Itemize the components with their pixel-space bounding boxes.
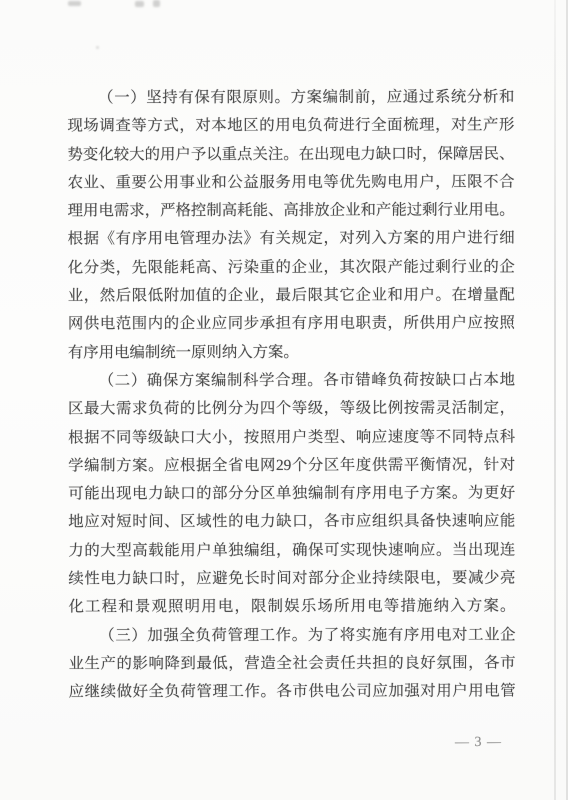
text-line: 业生产的影响降到最低，营造全社会责任共担的良好氛围，各市	[69, 649, 516, 678]
text-line: 现场调查等方式，对本地区的用电负荷进行全面梳理，对生产形	[67, 112, 514, 141]
scan-artifact	[68, 1, 81, 6]
text-line: 区最大需求负荷的比例分为四个等级，等级比例按需灵活制定，	[68, 395, 515, 424]
text-line: 可能出现电力缺口的部分分区单独编制有序用电子方案。为更好	[68, 480, 515, 509]
text-line: 根据《有序用电管理办法》有关规定，对列入方案的用户进行细	[68, 225, 515, 254]
scan-artifact	[135, 1, 144, 7]
text-line: 农业、重要公用事业和公益服务用电等优先购电用户，压限不合	[68, 168, 515, 197]
scan-edge-line	[554, 0, 556, 800]
text-line: （二）确保方案编制科学合理。各市错峰负荷按缺口占本地	[68, 367, 515, 396]
text-line: 网供电范围内的企业应同步承担有序用电职责，所供用户应按照	[68, 310, 515, 339]
text-line: 化分类，先限能耗高、污染重的企业，其次限产能过剩行业的企	[68, 253, 515, 282]
scanned-document-page: （一）坚持有保有限原则。方案编制前，应通过系统分析和现场调查等方式，对本地区的用…	[0, 0, 568, 800]
page-number: — 3 —	[455, 735, 502, 751]
text-line: 地应对短时间、区域性的电力缺口，各市应组织具备快速响应能	[68, 508, 515, 537]
text-line: （三）加强全负荷管理工作。为了将实施有序用电对工业企	[68, 621, 515, 650]
document-body: （一）坚持有保有限原则。方案编制前，应通过系统分析和现场调查等方式，对本地区的用…	[67, 84, 515, 707]
paragraph-2: （二）确保方案编制科学合理。各市错峰负荷按缺口占本地区最大需求负荷的比例分为四个…	[68, 367, 516, 623]
text-line: 应继续做好全负荷管理工作。各市供电公司应加强对用户用电管	[69, 678, 516, 707]
text-line: 根据不同等级缺口大小，按照用户类型、响应速度等不同特点科	[68, 423, 515, 452]
text-line: 学编制方案。应根据全省电网29个分区年度供需平衡情况，针对	[68, 451, 515, 480]
paragraph-1: （一）坚持有保有限原则。方案编制前，应通过系统分析和现场调查等方式，对本地区的用…	[67, 84, 515, 368]
text-line: 业，然后限低附加值的企业，最后限其它企业和用户。在增量配	[68, 282, 515, 311]
text-line: （一）坚持有保有限原则。方案编制前，应通过系统分析和	[67, 84, 514, 113]
text-line: 续性电力缺口时，应避免长时间对部分企业持续限电，要减少亮	[68, 565, 515, 594]
text-line: 化工程和景观照明用电，限制娱乐场所用电等措施纳入方案。	[68, 593, 515, 622]
text-line: 理用电需求，严格控制高耗能、高排放企业和产能过剩行业用电。	[68, 197, 515, 226]
scan-artifact	[153, 0, 160, 7]
scan-artifact	[96, 46, 99, 49]
paragraph-3: （三）加强全负荷管理工作。为了将实施有序用电对工业企业生产的影响降到最低，营造全…	[68, 621, 515, 707]
text-line: 有序用电编制统一原则纳入方案。	[68, 338, 515, 367]
text-line: 力的大型高载能用户单独编组，确保可实现快速响应。当出现连	[68, 536, 515, 565]
text-line: 势变化较大的用户予以重点关注。在出现电力缺口时，保障居民、	[67, 140, 514, 169]
